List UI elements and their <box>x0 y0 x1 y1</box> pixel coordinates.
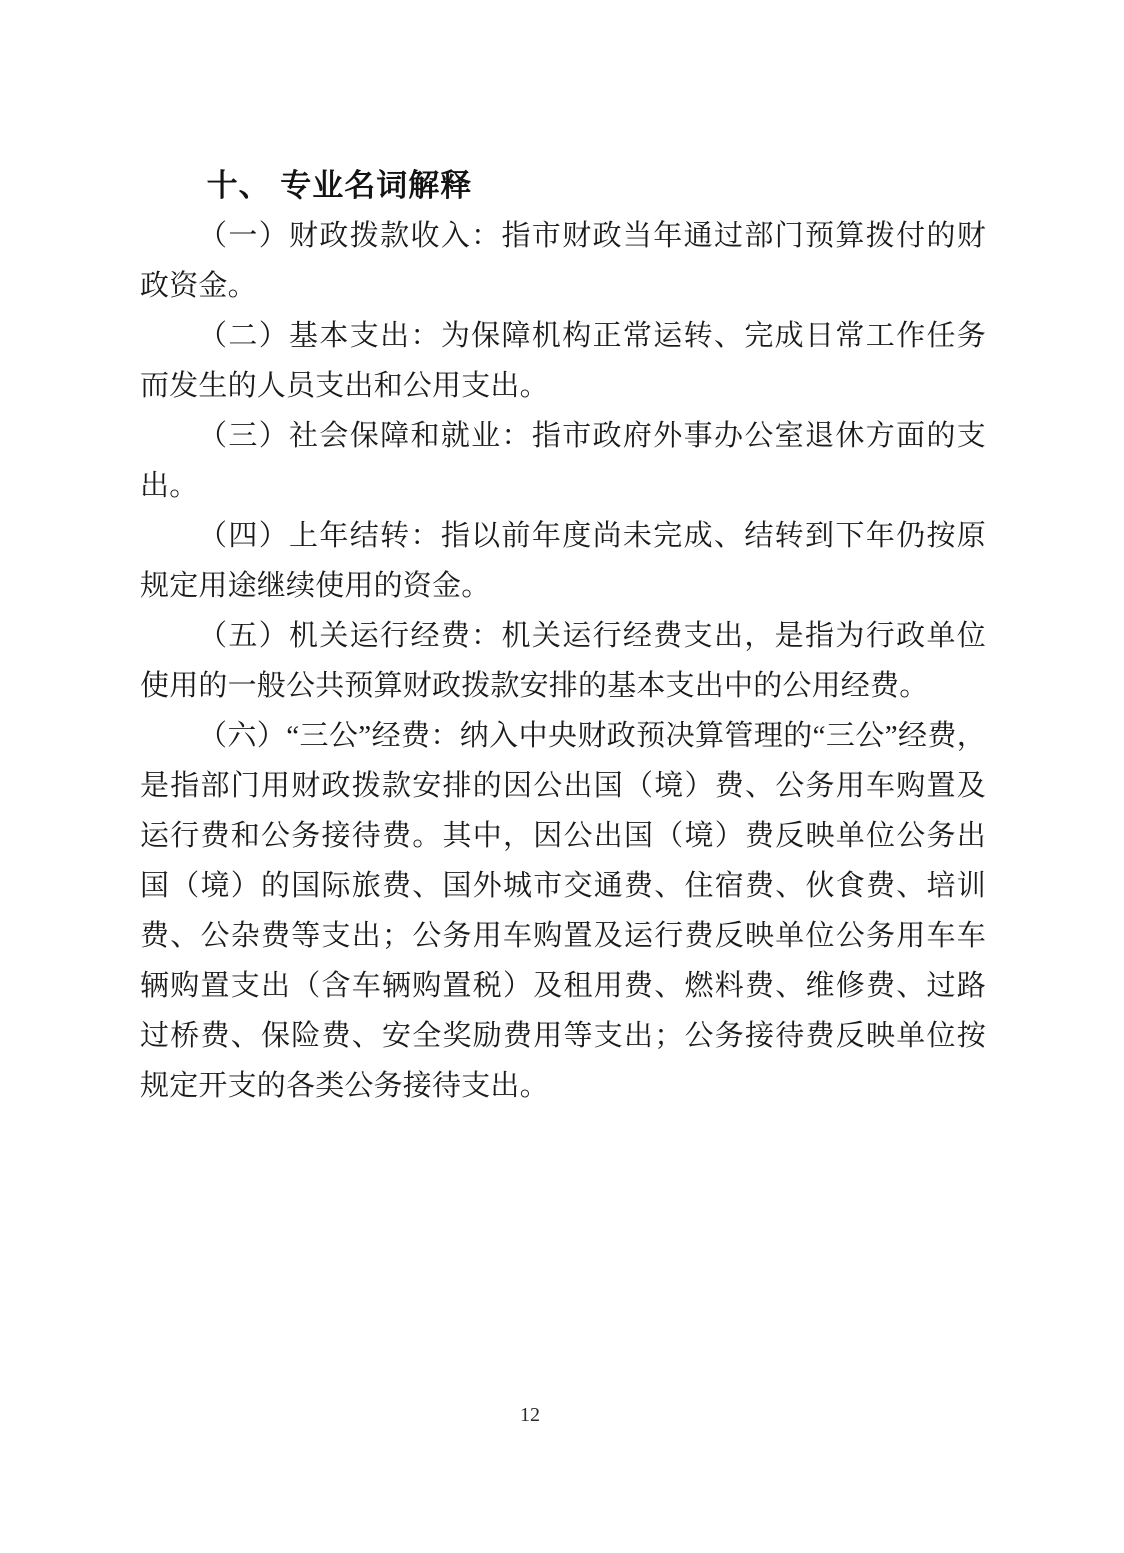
paragraph-term-6: （六）“三公”经费：纳入中央财政预决算管理的“三公”经费，是指部门用财政拨款安排… <box>140 711 986 1111</box>
paragraph-term-2: （二）基本支出：为保障机构正常运转、完成日常工作任务而发生的人员支出和公用支出。 <box>140 311 986 411</box>
paragraph-term-3: （三）社会保障和就业：指市政府外事办公室退休方面的支出。 <box>140 411 986 511</box>
document-page: 十、 专业名词解释 （一）财政拨款收入：指市财政当年通过部门预算拨付的财政资金。… <box>0 0 1124 1553</box>
paragraph-term-1: （一）财政拨款收入：指市财政当年通过部门预算拨付的财政资金。 <box>140 211 986 311</box>
section-heading: 十、 专业名词解释 <box>140 161 986 211</box>
document-body: 十、 专业名词解释 （一）财政拨款收入：指市财政当年通过部门预算拨付的财政资金。… <box>140 161 986 1111</box>
page-number: 12 <box>0 1404 1060 1427</box>
paragraph-term-5: （五）机关运行经费：机关运行经费支出，是指为行政单位使用的一般公共预算财政拨款安… <box>140 611 986 711</box>
paragraph-term-4: （四）上年结转：指以前年度尚未完成、结转到下年仍按原规定用途继续使用的资金。 <box>140 511 986 611</box>
